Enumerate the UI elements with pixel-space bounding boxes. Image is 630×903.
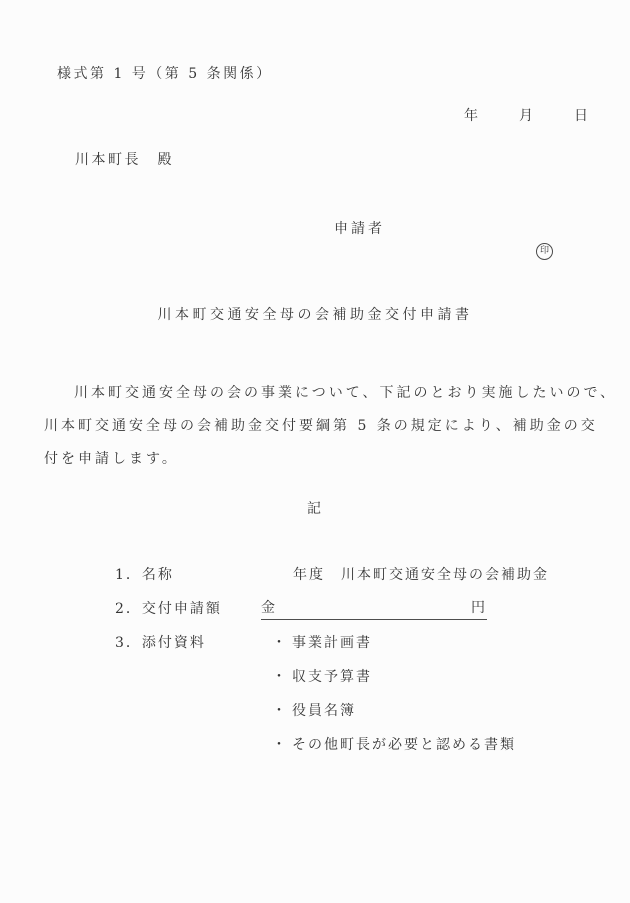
attachment-item: ・その他町長が必要と認める書類 <box>272 737 516 754</box>
amount-suffix: 円 <box>471 600 487 619</box>
date-year-label: 年 <box>464 108 478 125</box>
bullet-icon: ・ <box>272 669 288 685</box>
attachment-item: ・収支予算書 <box>272 669 372 686</box>
amount-field-line: 金 円 <box>261 600 487 620</box>
addressee: 川本町長 殿 <box>75 152 174 169</box>
item1-value: 年度 川本町交通安全母の会補助金 <box>293 567 549 584</box>
bullet-icon: ・ <box>272 703 288 719</box>
body-paragraph-line: 付を申請します。 <box>44 451 179 468</box>
amount-blank-field[interactable] <box>277 600 471 619</box>
seal-icon: 印 <box>536 243 553 260</box>
attachment-label: 事業計画書 <box>292 635 372 651</box>
bullet-icon: ・ <box>272 737 288 753</box>
item1-label: 1．名称 <box>115 567 174 584</box>
date-line: 年 月 日 <box>464 108 588 125</box>
body-paragraph-line: 川本町交通安全母の会補助金交付要綱第 5 条の規定により、補助金の交 <box>44 418 598 435</box>
date-month-label: 月 <box>519 108 533 125</box>
page-title: 川本町交通安全母の会補助金交付申請書 <box>0 307 630 324</box>
attachment-label: 役員名簿 <box>292 703 356 719</box>
bullet-icon: ・ <box>272 635 288 651</box>
attachment-item: ・役員名簿 <box>272 703 356 720</box>
attachment-item: ・事業計画書 <box>272 635 372 652</box>
date-day-label: 日 <box>574 108 588 125</box>
amount-prefix: 金 <box>261 600 277 619</box>
attachment-label: その他町長が必要と認める書類 <box>292 737 516 753</box>
body-paragraph-line: 川本町交通安全母の会の事業について、下記のとおり実施したいので、 <box>74 385 617 402</box>
fiscal-year-blank-field[interactable] <box>252 567 290 583</box>
form-number: 様式第 1 号（第 5 条関係） <box>57 66 273 83</box>
details-heading: 記 <box>0 501 630 518</box>
item3-label: 3．添付資料 <box>115 635 206 652</box>
attachment-label: 収支予算書 <box>292 669 372 685</box>
application-form-document: 様式第 1 号（第 5 条関係） 年 月 日 川本町長 殿 申請者 印 川本町交… <box>0 0 630 903</box>
applicant-label: 申請者 <box>334 221 385 238</box>
item2-label: 2．交付申請額 <box>115 601 222 618</box>
